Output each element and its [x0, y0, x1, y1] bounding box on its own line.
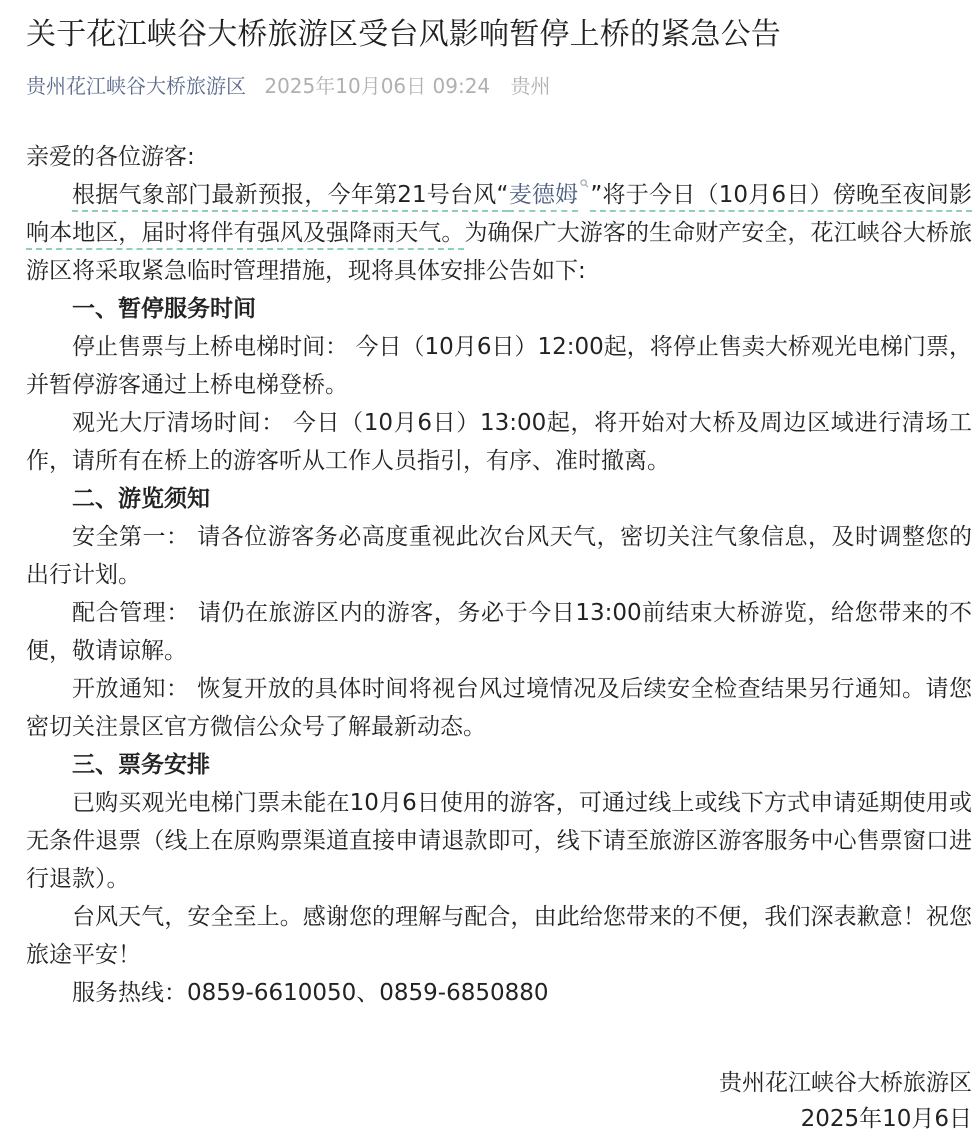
signature-org: 贵州花江峡谷大桥旅游区: [719, 1065, 972, 1101]
typhoon-name-link[interactable]: 麦德姆: [508, 182, 578, 208]
signature-date: 2025年10月6日: [719, 1101, 972, 1137]
publish-location: 贵州: [511, 74, 551, 98]
publish-datetime: 2025年10月06日 09:24: [264, 74, 490, 98]
section-1-paragraph-1: 停止售票与上桥电梯时间： 今日（10月6日）12:00起，将停止售卖大桥观光电梯…: [26, 328, 972, 404]
source-account-link[interactable]: 贵州花江峡谷大桥旅游区: [26, 74, 246, 98]
section-1-paragraph-2: 观光大厅清场时间： 今日（10月6日）13:00起，将开始对大桥及周边区域进行清…: [26, 404, 972, 480]
signature-block: 贵州花江峡谷大桥旅游区 2025年10月6日: [719, 1065, 972, 1137]
section-2-paragraph-1: 安全第一： 请各位游客务必高度重视此次台风天气，密切关注气象信息，及时调整您的出…: [26, 518, 972, 594]
article-meta: 贵州花江峡谷大桥旅游区 2025年10月06日 09:24 贵州: [26, 72, 972, 100]
section-2-paragraph-3: 开放通知： 恢复开放的具体时间将视台风过境情况及后续安全检查结果另行通知。请您密…: [26, 670, 972, 746]
search-icon[interactable]: [580, 179, 589, 188]
section-3-paragraph-1: 已购买观光电梯门票未能在10月6日使用的游客，可通过线上或线下方式申请延期使用或…: [26, 784, 972, 898]
section-heading-3: 三、票务安排: [26, 746, 972, 784]
section-heading-2: 二、游览须知: [26, 480, 972, 518]
section-2-paragraph-2: 配合管理： 请仍在旅游区内的游客，务必于今日13:00前结束大桥游览，给您带来的…: [26, 594, 972, 670]
section-heading-1: 一、暂停服务时间: [26, 290, 972, 328]
greeting: 亲爱的各位游客:: [26, 138, 972, 176]
article-page: 关于花江峡谷大桥旅游区受台风影响暂停上桥的紧急公告 贵州花江峡谷大桥旅游区 20…: [0, 0, 980, 1012]
article-body: 亲爱的各位游客: 根据气象部门最新预报，今年第21号台风“麦德姆”将于今日（10…: [26, 138, 972, 1012]
intro-text-1: 根据气象部门最新预报，今年第21号台风“: [72, 182, 508, 208]
intro-paragraph: 根据气象部门最新预报，今年第21号台风“麦德姆”将于今日（10月6日）傍晚至夜间…: [26, 176, 972, 290]
service-hotline: 服务热线：0859-6610050、0859-6850880: [26, 974, 972, 1012]
closing-paragraph: 台风天气，安全至上。感谢您的理解与配合，由此给您带来的不便，我们深表歉意！祝您旅…: [26, 898, 972, 974]
article-title: 关于花江峡谷大桥旅游区受台风影响暂停上桥的紧急公告: [26, 0, 972, 56]
